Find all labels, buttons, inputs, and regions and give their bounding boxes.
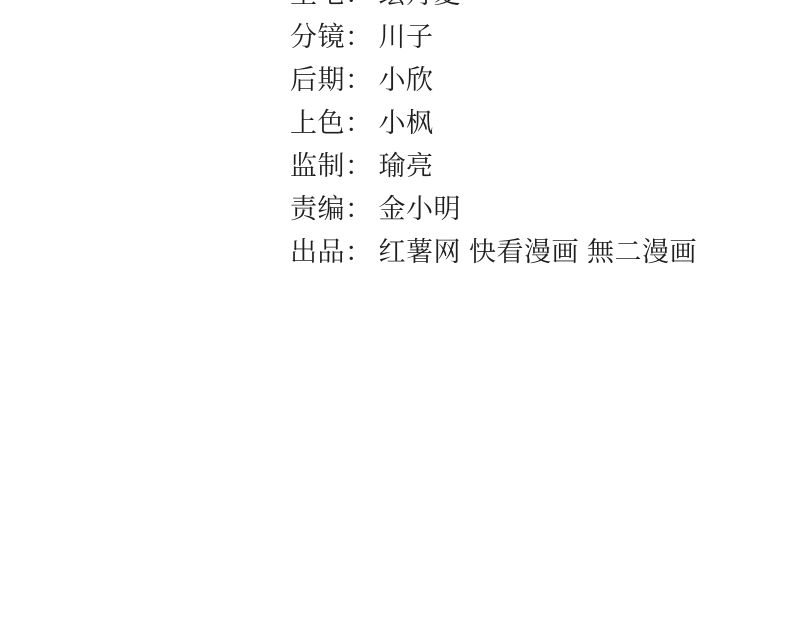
credit-name: 小欣 — [379, 65, 434, 95]
credit-row-supervisor: 监制：瑜亮 — [290, 145, 697, 188]
credit-separator: ： — [345, 237, 373, 267]
comic-credits-page: 主笔：绘月夏 分镜：川子 后期：小欣 上色：小枫 监制：瑜亮 责编：金小明 出品… — [0, 0, 800, 624]
credit-separator: ： — [345, 22, 373, 52]
credit-name: 红薯网 快看漫画 無二漫画 — [379, 237, 698, 267]
credit-name: 绘月夏 — [379, 0, 462, 9]
credit-role: 监制 — [290, 151, 345, 181]
credit-name: 小枫 — [379, 108, 434, 138]
credit-separator: ： — [345, 108, 373, 138]
credit-role: 分镜 — [290, 22, 345, 52]
credit-role: 责编 — [290, 194, 345, 224]
credit-role: 上色 — [290, 108, 345, 138]
credit-row-main-artist: 主笔：绘月夏 — [290, 0, 697, 16]
credits-list: 主笔：绘月夏 分镜：川子 后期：小欣 上色：小枫 监制：瑜亮 责编：金小明 出品… — [290, 0, 697, 274]
credit-role: 出品 — [290, 237, 345, 267]
credit-row-storyboard: 分镜：川子 — [290, 16, 697, 59]
credit-name: 金小明 — [379, 194, 462, 224]
credit-row-coloring: 上色：小枫 — [290, 102, 697, 145]
credit-separator: ： — [345, 194, 373, 224]
credit-separator: ： — [345, 0, 373, 9]
credit-name: 川子 — [379, 22, 434, 52]
credit-role: 主笔 — [290, 0, 345, 9]
credit-separator: ： — [345, 151, 373, 181]
credit-row-publisher: 出品：红薯网 快看漫画 無二漫画 — [290, 231, 697, 274]
credit-role: 后期 — [290, 65, 345, 95]
credit-separator: ： — [345, 65, 373, 95]
credit-name: 瑜亮 — [379, 151, 434, 181]
credit-row-editor: 责编：金小明 — [290, 188, 697, 231]
credit-row-post-production: 后期：小欣 — [290, 59, 697, 102]
